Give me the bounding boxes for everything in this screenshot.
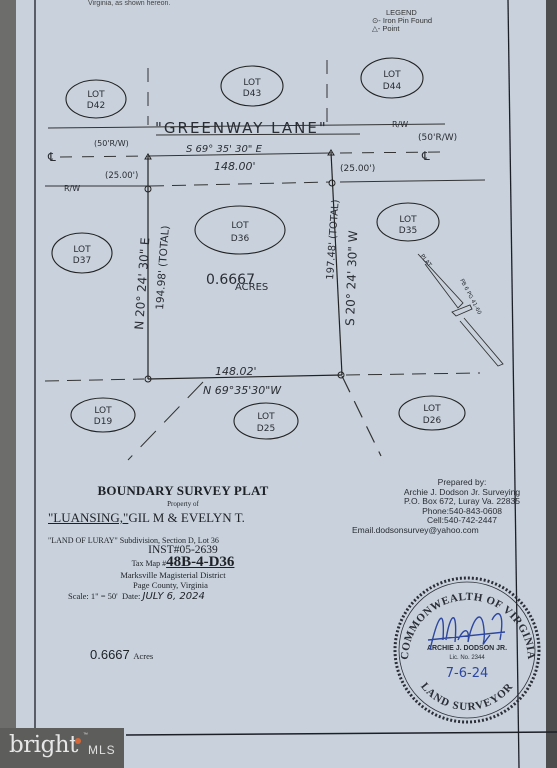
seal-signed-date: 7-6-24 <box>446 666 488 681</box>
road-row-width-right: (50'R/W) <box>418 133 457 143</box>
date-value: JULY 6, 2024 <box>143 591 205 602</box>
county: Page County, Virginia <box>23 580 318 591</box>
lot-d26-label: LOT <box>423 404 441 414</box>
bright-mls-watermark: bright ™ MLS <box>0 728 124 768</box>
lot-line-d19-d25 <box>128 382 203 460</box>
centerline-icon: ℄ <box>47 150 56 164</box>
west-bearing: N 20° 24' 30" E <box>132 237 152 330</box>
trademark-symbol: ™ <box>83 732 88 738</box>
lot-line-south-east <box>346 373 480 375</box>
east-bearing: S 20° 24' 30" W <box>343 230 360 326</box>
centerline-icon: ℄ <box>421 149 430 163</box>
south-bearing: N 69°35'30"W <box>203 384 282 397</box>
lot-d43-label: LOT <box>243 78 261 88</box>
acres-total: 0.6667 Acres <box>90 647 153 662</box>
title-block: BOUNDARY SURVEY PLAT Property of "LUANSI… <box>48 483 318 602</box>
brand-suffix: MLS <box>88 743 116 757</box>
svg-text:LAND SURVEYOR: LAND SURVEYOR <box>418 680 516 713</box>
surveyor-email: Email.dodsonsurvey@yahoo.com <box>352 526 557 536</box>
lot-d44-id: D44 <box>383 82 402 92</box>
seal-bottom-text: LAND SURVEYOR <box>418 680 516 713</box>
road-name: "GREENWAY LANE" <box>155 119 328 137</box>
road-row-label: R/W <box>392 120 408 129</box>
lot-d25-id: D25 <box>257 424 275 434</box>
subject-lot-area-unit: ACRES <box>235 282 268 293</box>
road-south-row-dashed <box>150 182 330 186</box>
plat-reference-label: PLAT <box>418 253 433 269</box>
offset-right: (25.00') <box>340 164 375 174</box>
owner-first-names: GIL M & EVELYN T. <box>128 510 245 525</box>
owner-last-name: "LUANSING," <box>48 510 128 525</box>
owner-name: "LUANSING,"GIL M & EVELYN T. <box>48 510 318 526</box>
brand-accent-dot-icon <box>75 738 81 744</box>
lot-d42-id: D42 <box>87 101 105 111</box>
lot-d35-id: D35 <box>399 226 417 236</box>
prepared-by-block: Prepared by: Archie J. Dodson Jr. Survey… <box>362 478 557 536</box>
border-bottom <box>126 732 557 735</box>
seal-name: ARCHIE J. DODSON JR. <box>427 645 507 652</box>
lot-d37-label: LOT <box>73 245 91 255</box>
lot-d37-id: D37 <box>73 256 91 266</box>
lot-d43-id: D43 <box>243 89 261 99</box>
plat-reference-arrow <box>418 254 503 366</box>
acres-value: 0.6667 <box>90 647 130 662</box>
tax-map-value: 48B-4-D36 <box>166 554 234 570</box>
lot-d26-id: D26 <box>423 416 442 426</box>
lot-d44-label: LOT <box>383 70 401 80</box>
property-of-label: Property of <box>48 500 318 508</box>
lot-d19-label: LOT <box>94 406 112 416</box>
lot-d35-label: LOT <box>399 215 417 225</box>
south-distance: 148.02' <box>215 365 257 378</box>
scale-label: Scale: 1" = 50' <box>68 591 118 601</box>
lot-d19-id: D19 <box>94 417 113 427</box>
magisterial-district: Marksville Magisterial District <box>28 570 318 580</box>
acres-unit: Acres <box>133 651 153 661</box>
lot-line-south-west <box>45 379 144 381</box>
brand-name: bright <box>9 732 78 758</box>
lot-d36-id: D36 <box>231 234 250 244</box>
plat-title: BOUNDARY SURVEY PLAT <box>48 483 318 499</box>
centerline-left <box>60 156 145 157</box>
tax-map: Tax Map #48B-4-D36 <box>48 556 318 570</box>
border-right <box>508 0 519 768</box>
north-distance: 148.00' <box>214 160 256 173</box>
lot-line-d25-d26 <box>342 376 381 456</box>
lot-d25-label: LOT <box>257 412 275 422</box>
road-row-width-left: (50'R/W) <box>94 139 129 148</box>
offset-left: (25.00') <box>105 171 138 181</box>
north-bearing: S 69° 35' 30" E <box>186 144 263 155</box>
west-distance: 194.98' (TOTAL) <box>154 225 172 310</box>
lot-ellipses <box>52 58 465 439</box>
pins <box>145 150 344 382</box>
lot-d36-label: LOT <box>231 221 249 231</box>
date-label: Date: <box>122 591 140 601</box>
road-south-row-line-right <box>340 180 485 182</box>
seal-license: Lic. No. 2344 <box>449 655 485 661</box>
lot-d42-label: LOT <box>87 90 105 100</box>
scale-date: Scale: 1" = 50' Date: JULY 6, 2024 <box>68 591 318 602</box>
east-distance: 197.48' (TOTAL) <box>325 199 342 280</box>
left-row-label: R/W <box>64 184 80 193</box>
plat-reference-book: PB 6 PG 41-60 <box>458 278 482 316</box>
plat-drawing: LOT D42 LOT D43 LOT D44 LOT D37 LOT D36 … <box>0 0 557 768</box>
tax-map-label: Tax Map # <box>132 559 167 568</box>
